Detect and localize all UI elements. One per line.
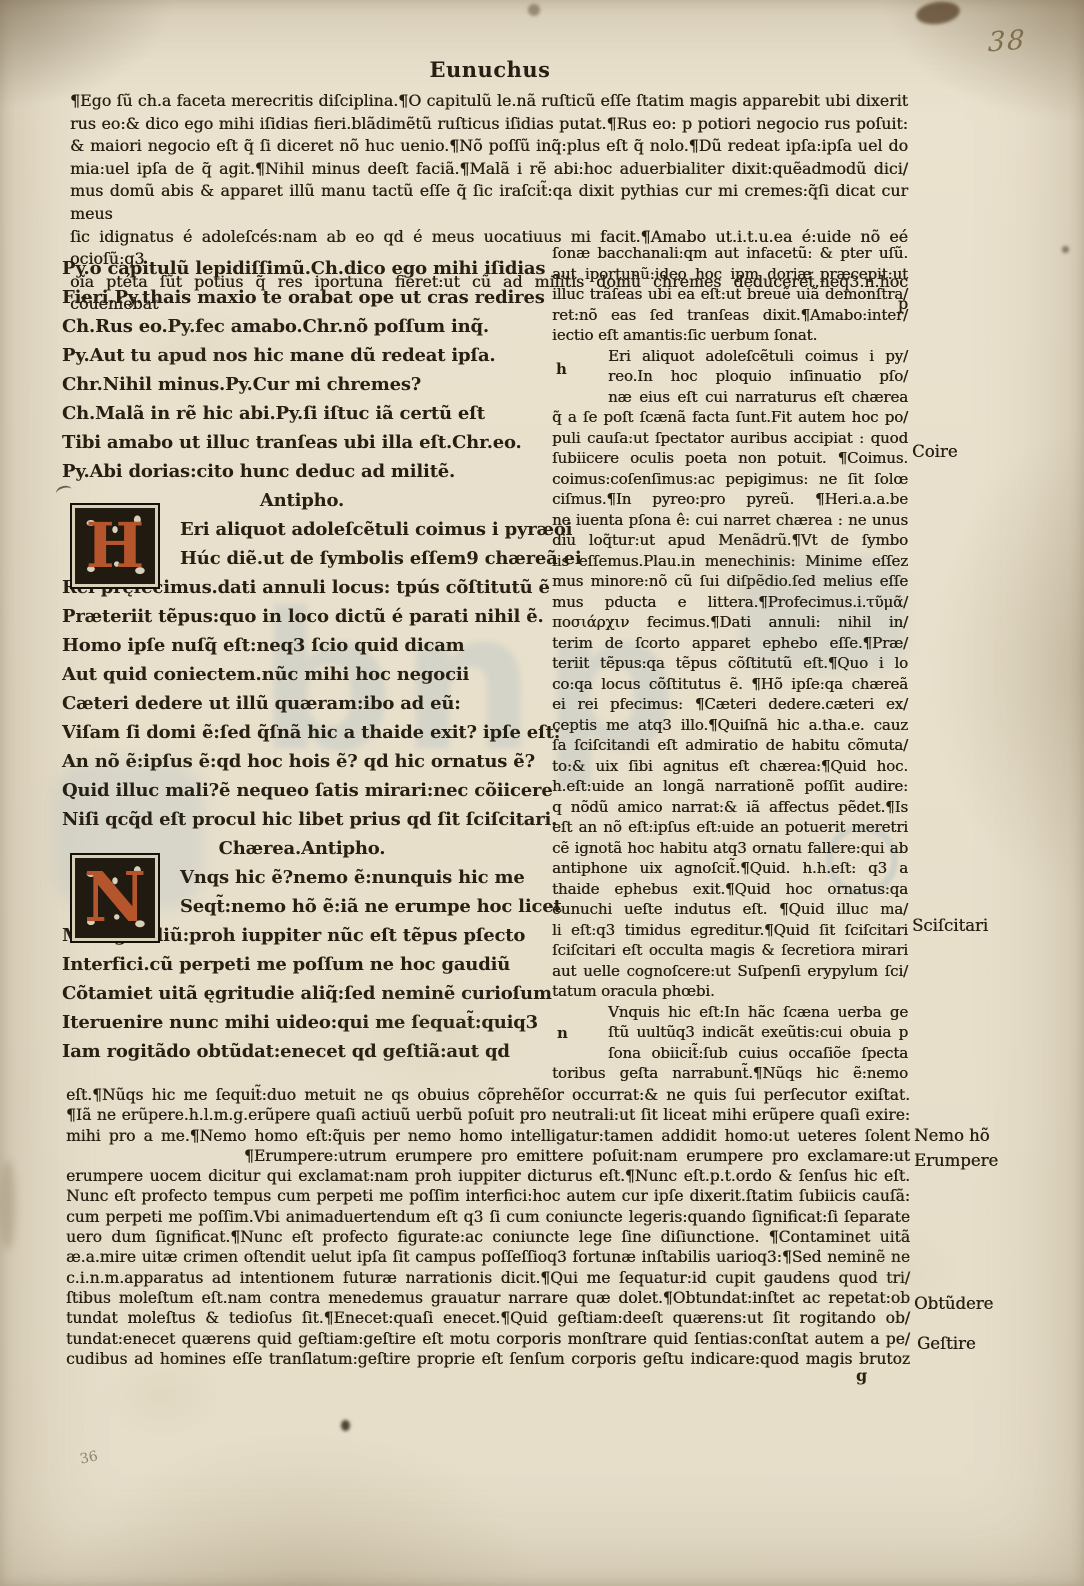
text-line: iectio eſt amantis:ſic uerbum ſonat.	[552, 325, 908, 346]
text-line: aut iportunũ:ideo hoc ipm doriæ præcepit…	[552, 264, 908, 285]
text-line: ſciſcitari eſt occulta magis & ſecretior…	[552, 940, 908, 961]
text-line: ciſmus.¶In pyreo:pro pyreũ. ¶Heri.a.a.be	[552, 489, 908, 510]
text-line: ſubiicere oculis poeta non potuit. ¶Coim…	[552, 448, 908, 469]
text-line: mus minore:nõ cũ ſui diſpẽdio.ſed melius…	[552, 571, 908, 592]
text-line: Nunc eſt profecto tempus cum perpeti me …	[66, 1186, 910, 1206]
text-line: Fieri.Py.thais maxio te orabat ope ut cr…	[62, 283, 542, 312]
text-line: næ eius eſt cui narraturus eſt chærea	[608, 387, 908, 408]
text-line: Homo ipſe nuſq̃ eſt:neq3 ſcio quid dicam	[62, 631, 542, 660]
play-verse-group: Py.o capitulũ lepidiſſimũ.Ch.dico ego mi…	[62, 254, 542, 486]
text-line: coimus:coſenſimus:ac pepigimus: ne ſit ſ…	[552, 469, 908, 490]
text-line: Py.Aut tu apud nos hic mane dũ redeat ip…	[62, 341, 542, 370]
text-line: uero dum ſignificat.¶Nunc eſt profecto f…	[66, 1227, 910, 1247]
text-line: ¶Iã ne erũpere.h.l.m.g.erũpere quaſi act…	[66, 1105, 910, 1125]
text-line: mia:uel ipſa de q̃ agit.¶Nihil minus dee…	[70, 158, 908, 181]
text-line: Niſi qcq̃d eſt procul hic libet prius qd…	[62, 805, 542, 834]
marginal-note-erumpere: Erumpere	[914, 1151, 998, 1170]
bottom-commentary-block: eſt.¶Nũqs hic me ſequit̃:duo metuit ne q…	[66, 1085, 910, 1369]
text-line: cum perpeti me poſſim.Vbi animaduertendu…	[66, 1207, 910, 1227]
text-line: diu loq̃tur:ut apud Menãdrũ.¶Vt de ſymbo	[552, 530, 908, 551]
text-line: ne iuenta pſona ê: cui narret chærea : n…	[552, 510, 908, 531]
play-verse-group: Rei pręfecimus.dati annuli locus: tpús c…	[62, 573, 542, 834]
marginal-note-gestire: Geſtire	[917, 1334, 976, 1353]
text-line: q̃ a ſe poſt ſcænã facta ſunt.Fit autem …	[552, 407, 908, 428]
text-line: tatum oracula phœbi.	[552, 981, 908, 1002]
text-line: ¶Erumpere:utrum erumpere pro emittere po…	[66, 1146, 910, 1166]
text-line: Tibi amabo ut illuc tranſeas ubi illa eſ…	[62, 428, 542, 457]
text-line: mus domũ abis & apparet illũ manu tactũ …	[70, 180, 908, 225]
text-line: Vnquis hic eſt:In hãc ſcæna uerba ge	[608, 1002, 908, 1023]
text-line: Ch.Rus eo.Py.fec amabo.Chr.nõ poſſum inq…	[62, 312, 542, 341]
folio-number-handwritten: 38	[988, 25, 1027, 59]
text-line: terim de ſcorto apparet ephebo eſſe.¶Præ…	[552, 633, 908, 654]
text-line: tundat:enecet quærens quid geſtiam:geſti…	[66, 1329, 910, 1349]
right-commentary-column: ſonæ bacchanali:qm aut infacetũ: & pter …	[552, 243, 908, 1084]
text-line: Interfici.cũ perpeti me poſſum ne hoc ga…	[62, 950, 542, 979]
text-line: li eſt:q3 timidus egreditur.¶Quid ſit ſc…	[552, 920, 908, 941]
text-line: aut uelle cognoſcere:ut Suſpenſi erypylu…	[552, 961, 908, 982]
marginal-note-obtudere: Obtũdere	[914, 1294, 993, 1313]
text-line: tundat moleſtus & tedioſus ſit.¶Enecet:q…	[66, 1308, 910, 1328]
text-line: Præteriit tẽpus:quo in loco dictũ é para…	[62, 602, 542, 631]
ink-stain	[341, 1420, 350, 1431]
marginal-note-nemo-homo: Nemo hõ	[914, 1126, 990, 1145]
running-title: Eunuchus	[72, 57, 908, 82]
text-line: antiphone uix agnoſcit̃.¶Quid. h.h.eſt: …	[552, 858, 908, 879]
text-line: & maiori negocio eſt q̃ ſi diceret nõ hu…	[70, 135, 908, 158]
commentary-paragraph-indent: Vnquis hic eſt:In hãc ſcæna uerba geſtũ …	[552, 1002, 908, 1064]
commentary-paragraph: q̃ a ſe poſt ſcænã facta ſunt.Fit autem …	[552, 407, 908, 1002]
text-line: eunuchi ueſte indutus eſt. ¶Quid illuc m…	[552, 899, 908, 920]
text-line: ei rei pfecimus: ¶Cæteri dedere.cæteri e…	[552, 694, 908, 715]
text-line: Iam rogitãdo obtũdat:enecet qd geſtiã:au…	[62, 1037, 542, 1066]
decorated-initial-h: H	[70, 503, 160, 589]
text-line: ſtũ uultũq3 indicãt exeũtis:cui obuia p	[608, 1022, 908, 1043]
text-line: mus pducta e littera.¶Profecimus.i.τῦμᾶ/	[552, 592, 908, 613]
text-line: lis eſſemus.Plau.in menechinis: Minime e…	[552, 551, 908, 572]
text-line: ſonæ bacchanali:qm aut infacetũ: & pter …	[552, 243, 908, 264]
text-line: Py.Abi dorias:cito hunc deduc ad militẽ.	[62, 457, 542, 486]
text-line: Iteruenire nunc mihi uideo:qui me ſequat…	[62, 1008, 542, 1037]
text-line: ¶Ego ſũ ch.a faceta merecritis diſciplin…	[70, 90, 908, 113]
text-line: æ.a.mire uitæ crimen oſtendit uelut ipſa…	[66, 1247, 910, 1267]
text-line: Viſam ſi domi ẽ:ſed q̃ſnã hic a thaide e…	[62, 718, 542, 747]
pencil-annotation: 36	[79, 1448, 100, 1467]
text-line: ret:nõ eas ſed tranſeas dixit.¶Amabo:int…	[552, 305, 908, 326]
text-line: Cõtamiet uitã ęgritudie aliq̃:ſed neminẽ…	[62, 979, 542, 1008]
text-line: q nõdũ amico narrat:& iã affectus pẽdet.…	[552, 797, 908, 818]
text-line: rus eo:& dico ego mihi iſidias fieri.blã…	[70, 113, 908, 136]
text-line: Ch.Malã in rẽ hic abi.Py.ſi iſtuc iã cer…	[62, 399, 542, 428]
decorated-initial-section: H Eri aliquot adoleſcẽtuli coimus i pyræ…	[62, 515, 542, 573]
text-line: Eri aliquot adoleſcẽtuli coimus i py/	[608, 346, 908, 367]
text-line: cẽ ignotã hoc habitu atq3 ornatu fallere…	[552, 838, 908, 859]
ink-stain	[528, 4, 540, 16]
text-line: ſtibus moleſtum eſt.nam contra menedemus…	[66, 1288, 910, 1308]
text-line: thaide ephebus exit.¶Quid hoc ornatus:qa	[552, 879, 908, 900]
text-line: Aut quid coniectem.nũc mihi hoc negocii	[62, 660, 542, 689]
play-text-column: Py.o capitulũ lepidiſſimũ.Ch.dico ego mi…	[62, 254, 542, 1066]
text-line: Cæteri dedere ut illũ quæram:ibo ad eũ:	[62, 689, 542, 718]
edge-smudge	[0, 1160, 16, 1250]
commentary-paragraph-indent: Eri aliquot adoleſcẽtuli coimus i py/reo…	[552, 346, 908, 408]
text-line: An nõ ẽ:ipſus ẽ:qd hoc hois ẽ? qd hic or…	[62, 747, 542, 776]
text-line: illuc trãſeas ubi ea eſt:ut breuẽ uiã de…	[552, 284, 908, 305]
text-line: ποσιάρχιν fecimus.¶Dati annuli: nihil in…	[552, 612, 908, 633]
rubricator-guide-letter-h: h	[556, 360, 567, 378]
text-line: Quid illuc mali?ẽ nequeo ſatis mirari:ne…	[62, 776, 542, 805]
initial-letter-glyph: H	[86, 515, 144, 577]
text-line: mihi pro a me.¶Nemo homo eſt:q̃uis per n…	[66, 1126, 910, 1146]
text-line: c.i.n.m.apparatus ad intentionem futuræ …	[66, 1268, 910, 1288]
scanned-book-page: bnp Eunuchus 38 ¶Ego ſũ ch.a faceta mere…	[0, 0, 1084, 1586]
text-line: ſa ſciſcitandi eſt admiratio de habitu c…	[552, 735, 908, 756]
text-line: toribus geſta narrabunt̃.¶Nũqs hic ẽ:nem…	[552, 1063, 908, 1084]
rubricator-guide-letter-n: n	[557, 1024, 568, 1042]
text-line: eſt an nõ eſt:ipſus eſt:uide an potuerit…	[552, 817, 908, 838]
commentary-paragraph: ſonæ bacchanali:qm aut infacetũ: & pter …	[552, 243, 908, 346]
text-line: Chr.Nihil minus.Py.Cur mi chremes?	[62, 370, 542, 399]
text-line: puli cauſa:ut ſpectator auribus accipiat…	[552, 428, 908, 449]
decorated-initial-section: N Vnqs hic ẽ?nemo ẽ:nunquis hic meSeqt̃:…	[62, 863, 542, 921]
text-line: h.eſt:uide an longã narrationẽ poſſit au…	[552, 776, 908, 797]
marginal-note-coire: Coire	[912, 442, 958, 461]
commentary-paragraph: toribus geſta narrabunt̃.¶Nũqs hic ẽ:nem…	[552, 1063, 908, 1084]
decorated-initial-n: N	[70, 853, 160, 943]
text-line: ceptis me atq3 illo.¶Quiſnã hic a.tha.e.…	[552, 715, 908, 736]
initial-letter-glyph: N	[84, 864, 146, 932]
ink-stain	[915, 0, 962, 27]
text-line: to:& uix ſibi agnitus eſt chærea:¶Quid h…	[552, 756, 908, 777]
marginal-note-sciscitari: Sciſcitari	[912, 916, 988, 935]
text-line: teriit tẽpus:qa tẽpus cõſtitutũ eſt.¶Quo…	[552, 653, 908, 674]
ink-stain	[1062, 246, 1069, 253]
text-line: ſona obiicit̃:ſub cuius occaſiõe ſpecta	[608, 1043, 908, 1064]
text-line: co:qa locus cõſtitutus ẽ. ¶Hõ ipſe:qa ch…	[552, 674, 908, 695]
text-line: Py.o capitulũ lepidiſſimũ.Ch.dico ego mi…	[62, 254, 542, 283]
text-line: reo.In hoc ploquio inſinuatio pſo/	[608, 366, 908, 387]
quire-signature-mark: g	[856, 1366, 867, 1385]
text-line: erumpere uocem dicitur qui exclamat:nam …	[66, 1166, 910, 1186]
text-line: cudibus ad homines eſſe tranſlatum:geſti…	[66, 1349, 910, 1369]
text-line: eſt.¶Nũqs hic me ſequit̃:duo metuit ne q…	[66, 1085, 910, 1105]
